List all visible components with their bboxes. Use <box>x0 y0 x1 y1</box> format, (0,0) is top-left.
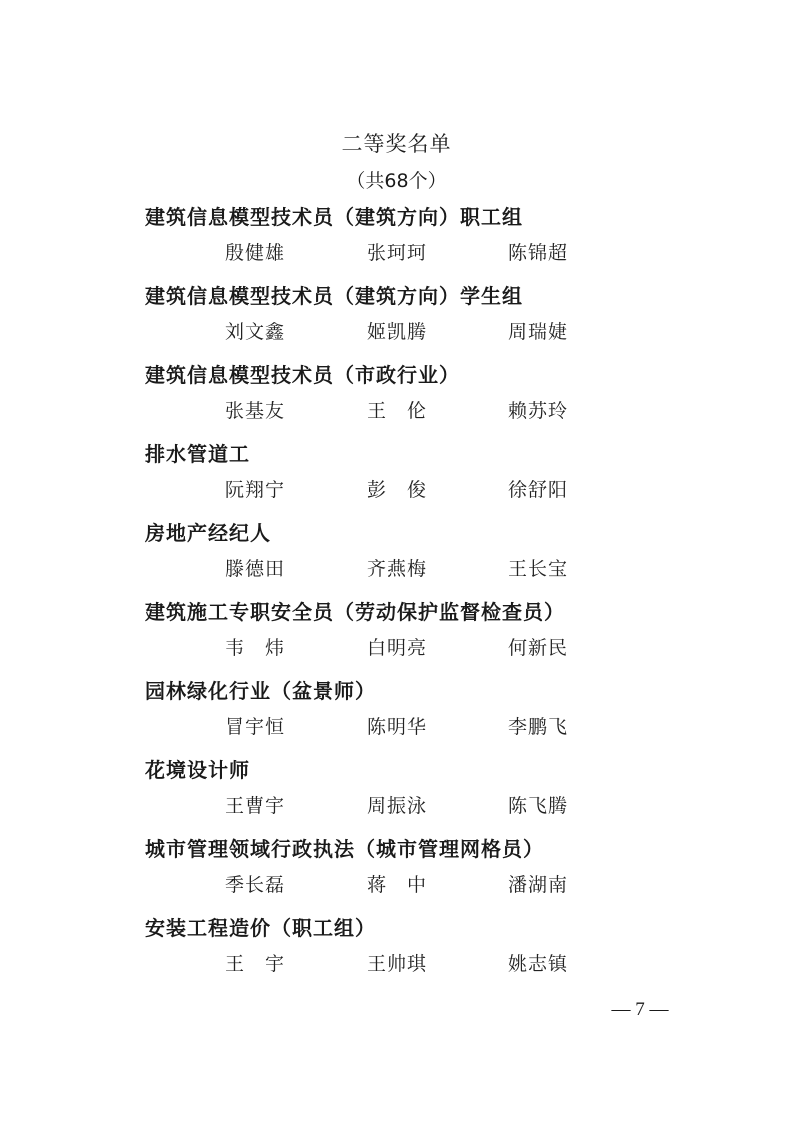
category-heading: 建筑信息模型技术员（建筑方向）职工组 <box>145 202 523 232</box>
category-heading: 排水管道工 <box>145 439 250 469</box>
category-heading: 园林绿化行业（盆景师） <box>145 676 376 706</box>
winner-name: 蒋 中 <box>367 870 427 900</box>
award-section: 城市管理领域行政执法（城市管理网格员） 季长磊 蒋 中 潘湖南 <box>145 834 705 913</box>
winner-name: 李鹏飞 <box>508 712 568 742</box>
winner-name: 赖苏玲 <box>508 396 568 426</box>
page-number: — 7 — <box>600 995 680 1025</box>
winner-name: 陈飞腾 <box>508 791 568 821</box>
document-page: 二等奖名单 （共68个） 建筑信息模型技术员（建筑方向）职工组 殷健雄 张珂珂 … <box>0 0 793 1122</box>
winner-names-row: 王 宇 王帅琪 姚志镇 <box>145 949 705 979</box>
page-title: 二等奖名单 <box>0 129 793 159</box>
winner-name: 彭 俊 <box>367 475 427 505</box>
winner-name: 阮翔宁 <box>225 475 285 505</box>
award-section: 园林绿化行业（盆景师） 冒宇恒 陈明华 李鹏飞 <box>145 676 705 755</box>
winner-names-row: 刘文鑫 姬凯腾 周瑞婕 <box>145 317 705 347</box>
winner-name: 陈明华 <box>367 712 427 742</box>
award-section: 建筑信息模型技术员（建筑方向）职工组 殷健雄 张珂珂 陈锦超 <box>145 202 705 281</box>
winner-name: 王帅琪 <box>367 949 427 979</box>
winner-names-row: 阮翔宁 彭 俊 徐舒阳 <box>145 475 705 505</box>
winner-name: 王 伦 <box>367 396 427 426</box>
category-heading: 城市管理领域行政执法（城市管理网格员） <box>145 834 544 864</box>
category-heading: 安装工程造价（职工组） <box>145 913 376 943</box>
winner-name: 姬凯腾 <box>367 317 427 347</box>
winner-names-row: 殷健雄 张珂珂 陈锦超 <box>145 238 705 268</box>
winner-name: 张基友 <box>225 396 285 426</box>
category-heading: 花境设计师 <box>145 755 250 785</box>
winner-name: 周瑞婕 <box>508 317 568 347</box>
page-subtitle-count: （共68个） <box>0 166 793 196</box>
winner-names-row: 张基友 王 伦 赖苏玲 <box>145 396 705 426</box>
winner-name: 滕德田 <box>225 554 285 584</box>
award-section: 房地产经纪人 滕德田 齐燕梅 王长宝 <box>145 518 705 597</box>
winner-name: 王曹宇 <box>225 791 285 821</box>
category-heading: 建筑信息模型技术员（建筑方向）学生组 <box>145 281 523 311</box>
winner-name: 冒宇恒 <box>225 712 285 742</box>
category-heading: 建筑施工专职安全员（劳动保护监督检查员） <box>145 597 565 627</box>
winner-name: 周振泳 <box>367 791 427 821</box>
winner-name: 殷健雄 <box>225 238 285 268</box>
winner-name: 姚志镇 <box>508 949 568 979</box>
winner-name: 张珂珂 <box>367 238 427 268</box>
winner-name: 韦 炜 <box>225 633 285 663</box>
winner-name: 徐舒阳 <box>508 475 568 505</box>
winner-name: 齐燕梅 <box>367 554 427 584</box>
award-section: 安装工程造价（职工组） 王 宇 王帅琪 姚志镇 <box>145 913 705 992</box>
category-heading: 建筑信息模型技术员（市政行业） <box>145 360 460 390</box>
winner-name: 白明亮 <box>367 633 427 663</box>
winner-names-row: 韦 炜 白明亮 何新民 <box>145 633 705 663</box>
winner-name: 季长磊 <box>225 870 285 900</box>
award-section: 建筑信息模型技术员（建筑方向）学生组 刘文鑫 姬凯腾 周瑞婕 <box>145 281 705 360</box>
winner-name: 陈锦超 <box>508 238 568 268</box>
award-section: 建筑施工专职安全员（劳动保护监督检查员） 韦 炜 白明亮 何新民 <box>145 597 705 676</box>
winner-names-row: 滕德田 齐燕梅 王长宝 <box>145 554 705 584</box>
award-section: 建筑信息模型技术员（市政行业） 张基友 王 伦 赖苏玲 <box>145 360 705 439</box>
winner-name: 刘文鑫 <box>225 317 285 347</box>
winner-name: 潘湖南 <box>508 870 568 900</box>
category-heading: 房地产经纪人 <box>145 518 271 548</box>
winner-name: 何新民 <box>508 633 568 663</box>
winner-names-row: 王曹宇 周振泳 陈飞腾 <box>145 791 705 821</box>
award-section: 排水管道工 阮翔宁 彭 俊 徐舒阳 <box>145 439 705 518</box>
winner-names-row: 季长磊 蒋 中 潘湖南 <box>145 870 705 900</box>
award-section: 花境设计师 王曹宇 周振泳 陈飞腾 <box>145 755 705 834</box>
winner-names-row: 冒宇恒 陈明华 李鹏飞 <box>145 712 705 742</box>
winner-name: 王长宝 <box>508 554 568 584</box>
award-list: 建筑信息模型技术员（建筑方向）职工组 殷健雄 张珂珂 陈锦超 建筑信息模型技术员… <box>145 202 705 992</box>
winner-name: 王 宇 <box>225 949 285 979</box>
